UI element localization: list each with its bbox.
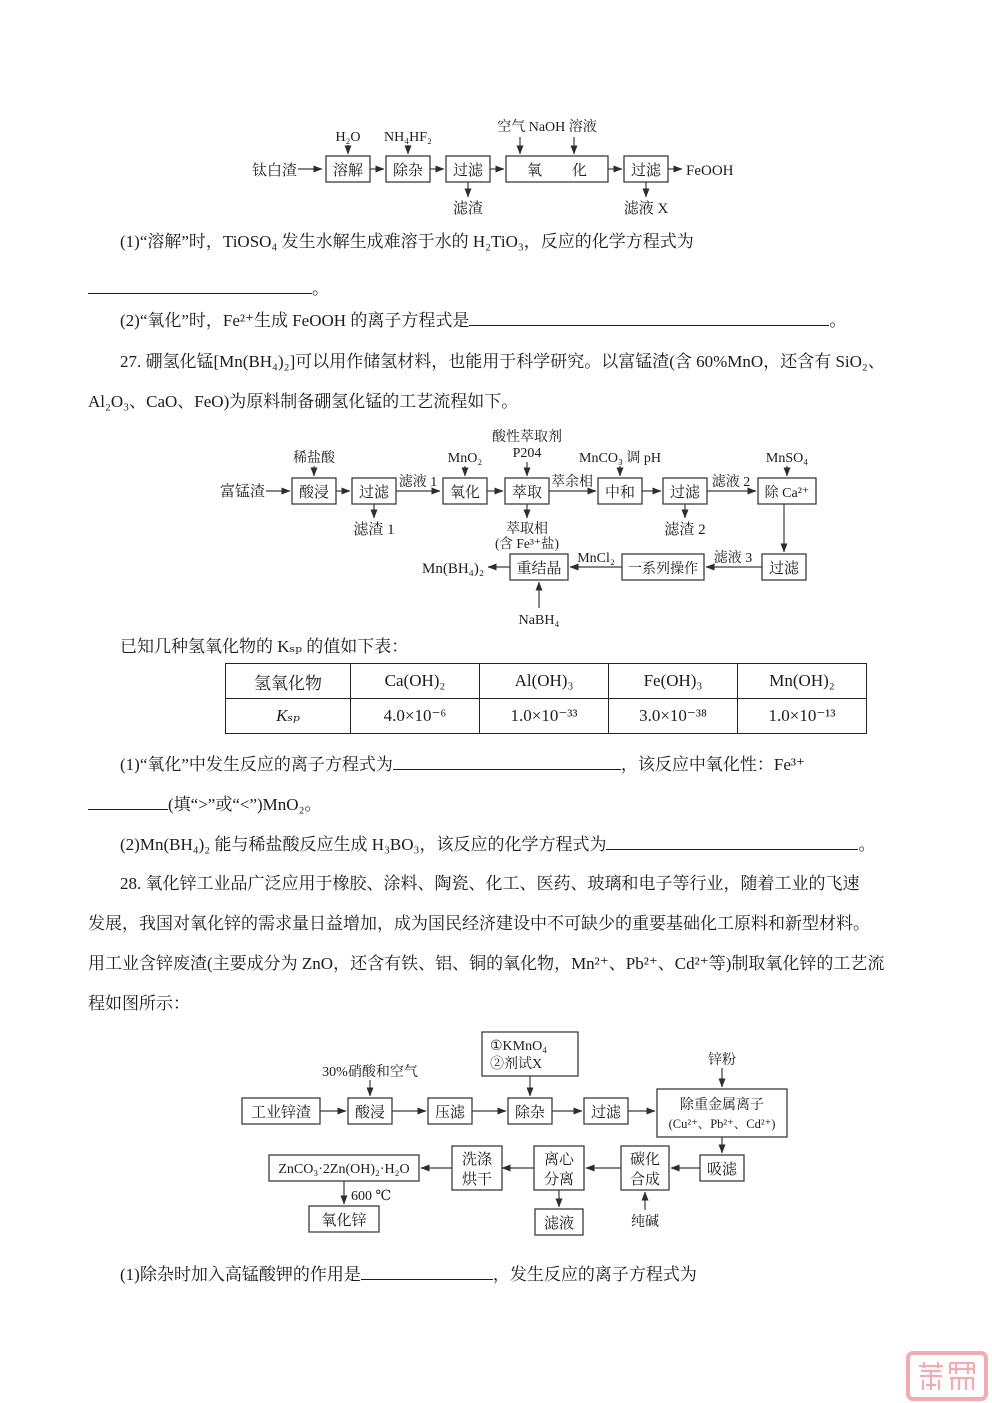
answer-blank — [361, 1262, 493, 1280]
ksp-header-aloh3: Al(OH)₃ — [480, 664, 609, 699]
flow27-input-mno2: MnO₂ — [448, 451, 483, 466]
flow27-out-extract-phase-line2: (含 Fe³⁺盐) — [495, 535, 559, 551]
q28-intro-line1: 28. 氧化锌工业品广泛应用于橡胶、涂料、陶瓷、化工、医药、玻璃和电子等行业，随… — [120, 872, 860, 896]
q27-sub1-line2: (填“>”或“<”)MnO₂。 — [88, 792, 322, 817]
flow26-product-label: FeOOH — [686, 163, 734, 179]
flow27-input-mnso4: MnSO₄ — [766, 451, 808, 466]
flow28-box-centrifuge-line2: 分离 — [544, 1171, 574, 1188]
flow27-source-label: 富锰渣 — [220, 482, 265, 500]
flow28-box-wash-dry-line1: 洗涤 — [462, 1151, 493, 1168]
flow28-box-suction-filter-label: 吸滤 — [707, 1161, 738, 1178]
q28-intro-line3: 用工业含锌废渣(主要成分为 ZnO，还含有铁、铝、铜的氧化物，Mn²⁺、Pb²⁺… — [88, 952, 884, 976]
flow27-label-mncl2: MnCl₂ — [577, 551, 615, 566]
q27-sub2-line: (2)Mn(BH₄)₂ 能与稀盐酸反应生成 H₃BO₃，该反应的化学方程式为。 — [120, 832, 875, 857]
flow28-box-zno-label: 氧化锌 — [321, 1212, 366, 1229]
q26-sub1-line2: 。 — [88, 276, 329, 301]
ksp-value-caoh2: 4.0×10⁻⁶ — [351, 699, 480, 734]
ksp-table: 氢氧化物 Ca(OH)₂ Al(OH)₃ Fe(OH)₃ Mn(OH)₂ Kₛₚ… — [225, 663, 867, 734]
q27-sub1-text1: (1)“氧化”中发生反应的离子方程式为 — [120, 755, 393, 774]
flow27-label-filtrate3: 滤液 3 — [714, 549, 753, 566]
q28-sub1-text1: (1)除杂时加入高锰酸钾的作用是 — [120, 1265, 361, 1284]
flow27-label-filtrate2: 滤液 2 — [712, 473, 751, 490]
ksp-caption: 已知几种氢氧化物的 Kₛₚ 的值如下表： — [120, 635, 408, 659]
flow27-product-label: Mn(BH₄)₂ — [422, 561, 484, 577]
flow26-box-oxidize-label: 氧 化 — [527, 162, 587, 179]
flow28-box-carbonize-line2: 合成 — [630, 1171, 660, 1188]
flow26-box-filter1-label: 过滤 — [453, 162, 484, 179]
flowchart-zinc-oxide: ①KMnO₄ ②剂试X 30%硝酸和空气 锌粉 工业锌渣 酸浸 压滤 除杂 过滤… — [238, 1028, 798, 1246]
q27-sub1-line2-text: (填“>”或“<”)MnO₂。 — [168, 795, 322, 814]
flow27-box-oxidize-label: 氧化 — [450, 484, 480, 501]
flow26-box-dissolve-label: 溶解 — [333, 162, 363, 179]
flow26-input-air-naoh: 空气 NaOH 溶液 — [497, 118, 597, 135]
answer-blank — [393, 752, 621, 770]
flow27-box-filter3-label: 过滤 — [769, 560, 800, 577]
flow27-box-acid-leach-label: 酸浸 — [299, 484, 329, 501]
answer-blank — [88, 792, 168, 810]
flow28-box-press-filter-label: 压滤 — [435, 1104, 466, 1121]
flow26-out-filtrate: 滤液 X — [624, 199, 669, 217]
flow26-out-residue: 滤渣 — [453, 200, 483, 217]
q27-sub2-text: (2)Mn(BH₄)₂ 能与稀盐酸反应生成 H₃BO₃，该反应的化学方程式为 — [120, 835, 606, 854]
q28-intro-line4: 程如图所示： — [88, 992, 190, 1016]
flow28-reagent-line2: ②剂试X — [490, 1056, 542, 1072]
q28-intro-line2: 发展，我国对氧化锌的需求量日益增加，成为国民经济建设中不可缺少的重要基础化工原料… — [88, 912, 870, 936]
q26-sub2-period: 。 — [829, 311, 846, 330]
flow28-box-remove-heavy-line2: (Cu²⁺、Pb²⁺、Cd²⁺) — [669, 1117, 776, 1131]
flow28-source-label: 工业锌渣 — [251, 1104, 311, 1121]
flow28-input-hno3: 30%硝酸和空气 — [322, 1063, 418, 1080]
q27-intro-line2: Al₂O₃、CaO、FeO)为原料制备硼氢化锰的工艺流程如下。 — [88, 390, 518, 414]
q28-intro-text4: 程如图所示： — [88, 994, 190, 1013]
watermark-seal — [906, 1351, 988, 1401]
answer-blank — [469, 308, 829, 326]
ksp-header-mnoh2: Mn(OH)₂ — [738, 664, 867, 699]
flow27-input-mnco3: MnCO₃ 调 pH — [579, 450, 661, 466]
exam-page: 钛白渣 溶解 H₂O 除杂 NH₄HF₂ 过滤 滤渣 氧 化 空气 NaOH 溶… — [0, 0, 992, 1403]
flow27-out-residue1: 滤渣 1 — [353, 521, 394, 538]
flow26-box-filter2-label: 过滤 — [631, 162, 662, 179]
flow27-box-extract-label: 萃取 — [512, 483, 542, 501]
flow28-box-wash-dry-line2: 烘干 — [462, 1171, 492, 1188]
answer-blank — [606, 832, 858, 850]
q26-sub1-period: 。 — [312, 279, 329, 298]
flow27-box-filter2-label: 过滤 — [670, 484, 701, 501]
ksp-value-mnoh2: 1.0×10⁻¹³ — [738, 699, 867, 734]
flow28-reagent-line1: ①KMnO₄ — [490, 1039, 547, 1054]
ksp-caption-text: 已知几种氢氧化物的 Kₛₚ 的值如下表： — [120, 637, 408, 656]
flow27-box-operations-label: 一系列操作 — [628, 560, 698, 577]
flow27-box-neutralize-label: 中和 — [605, 484, 635, 501]
flowchart-manganese-borohydride: 富锰渣 酸浸 稀盐酸 过滤 滤渣 1 滤液 1 氧化 MnO₂ 萃取 酸性萃取剂… — [218, 426, 820, 628]
flow26-input-h2o: H₂O — [335, 130, 360, 145]
flow27-input-hcl: 稀盐酸 — [293, 449, 336, 466]
q27-intro-line1: 27. 硼氢化锰[Mn(BH₄)₂]可以用作储氢材料，也能用于科学研究。以富锰渣… — [120, 350, 885, 374]
flow28-label-temp: 600 ℃ — [351, 1189, 391, 1204]
q27-intro-text1: 27. 硼氢化锰[Mn(BH₄)₂]可以用作储氢材料，也能用于科学研究。以富锰渣… — [120, 352, 885, 371]
q28-intro-text1: 28. 氧化锌工业品广泛应用于橡胶、涂料、陶瓷、化工、医药、玻璃和电子等行业，随… — [120, 874, 860, 893]
ksp-value-row: Kₛₚ 4.0×10⁻⁶ 1.0×10⁻³³ 3.0×10⁻³⁸ 1.0×10⁻… — [226, 699, 867, 734]
ksp-header-hydroxide: 氢氧化物 — [226, 664, 351, 699]
q28-sub1-text2: ，发生反应的离子方程式为 — [493, 1265, 697, 1284]
q28-intro-text3: 用工业含锌废渣(主要成分为 ZnO，还含有铁、铝、铜的氧化物，Mn²⁺、Pb²⁺… — [88, 954, 884, 973]
flow28-box-basic-zinc-carbonate-label: ZnCO₃·2Zn(OH)₂·H₂O — [278, 1162, 409, 1177]
q27-sub1-line1: (1)“氧化”中发生反应的离子方程式为，该反应中氧化性：Fe³⁺ — [120, 752, 805, 777]
flow28-out-filtrate-label: 滤液 — [544, 1214, 574, 1232]
q27-intro-text2: Al₂O₃、CaO、FeO)为原料制备硼氢化锰的工艺流程如下。 — [88, 392, 518, 411]
flow27-box-recrystallize-label: 重结晶 — [516, 560, 561, 577]
seal-stamp-icon — [916, 1360, 978, 1392]
flow27-box-remove-ca-label: 除 Ca²⁺ — [765, 485, 810, 501]
q26-sub1-line1: (1)“溶解”时，TiOSO₄ 发生水解生成难溶于水的 H₂TiO₃，反应的化学… — [120, 230, 694, 254]
flow27-input-nabh4: NaBH₄ — [519, 613, 560, 628]
flow27-box-filter1-label: 过滤 — [359, 484, 390, 501]
q27-sub2-period: 。 — [858, 835, 875, 854]
flow27-label-filtrate1: 滤液 1 — [399, 473, 438, 490]
flow26-input-nh4hf2: NH₄HF₂ — [384, 130, 432, 145]
flow28-input-zinc-powder: 锌粉 — [708, 1051, 736, 1068]
flow28-box-carbonize-line1: 碳化 — [630, 1151, 660, 1168]
flow28-box-filter-label: 过滤 — [591, 1104, 622, 1121]
flow28-box-acid-leach-label: 酸浸 — [355, 1104, 385, 1121]
flow28-box-remove-impurity-label: 除杂 — [515, 1104, 545, 1121]
ksp-header-row: 氢氧化物 Ca(OH)₂ Al(OH)₃ Fe(OH)₃ Mn(OH)₂ — [226, 664, 867, 699]
flow27-label-raffinate: 萃余相 — [551, 473, 593, 490]
q28-intro-text2: 发展，我国对氧化锌的需求量日益增加，成为国民经济建设中不可缺少的重要基础化工原料… — [88, 914, 870, 933]
flow27-out-extract-phase-line1: 萃取相 — [506, 520, 548, 537]
flow28-box-centrifuge-line1: 离心 — [544, 1151, 575, 1168]
ksp-header-feoh3: Fe(OH)₃ — [609, 664, 738, 699]
flow26-source-label: 钛白渣 — [252, 161, 297, 179]
flow26-box-remove-impurity-label: 除杂 — [393, 162, 423, 179]
flow27-out-residue2: 滤渣 2 — [664, 521, 705, 538]
answer-blank — [88, 276, 312, 294]
flow28-input-soda: 纯碱 — [631, 1214, 659, 1230]
q26-sub1-text: (1)“溶解”时，TiOSO₄ 发生水解生成难溶于水的 H₂TiO₃，反应的化学… — [120, 232, 694, 251]
q27-sub1-text2: ，该反应中氧化性：Fe³⁺ — [621, 755, 805, 774]
q26-sub2-text: (2)“氧化”时，Fe²⁺生成 FeOOH 的离子方程式是 — [120, 311, 469, 330]
flowchart-titanium-residue: 钛白渣 溶解 H₂O 除杂 NH₄HF₂ 过滤 滤渣 氧 化 空气 NaOH 溶… — [250, 115, 745, 217]
ksp-row-label: Kₛₚ — [226, 699, 351, 734]
ksp-header-caoh2: Ca(OH)₂ — [351, 664, 480, 699]
ksp-value-aloh3: 1.0×10⁻³³ — [480, 699, 609, 734]
flow27-input-extractant-line2: P204 — [513, 446, 542, 461]
ksp-value-feoh3: 3.0×10⁻³⁸ — [609, 699, 738, 734]
q28-sub1-line: (1)除杂时加入高锰酸钾的作用是，发生反应的离子方程式为 — [120, 1262, 697, 1287]
q26-sub2-line: (2)“氧化”时，Fe²⁺生成 FeOOH 的离子方程式是。 — [120, 308, 846, 333]
flow27-input-extractant-line1: 酸性萃取剂 — [492, 428, 562, 445]
flow28-box-remove-heavy-line1: 除重金属离子 — [680, 1097, 764, 1113]
